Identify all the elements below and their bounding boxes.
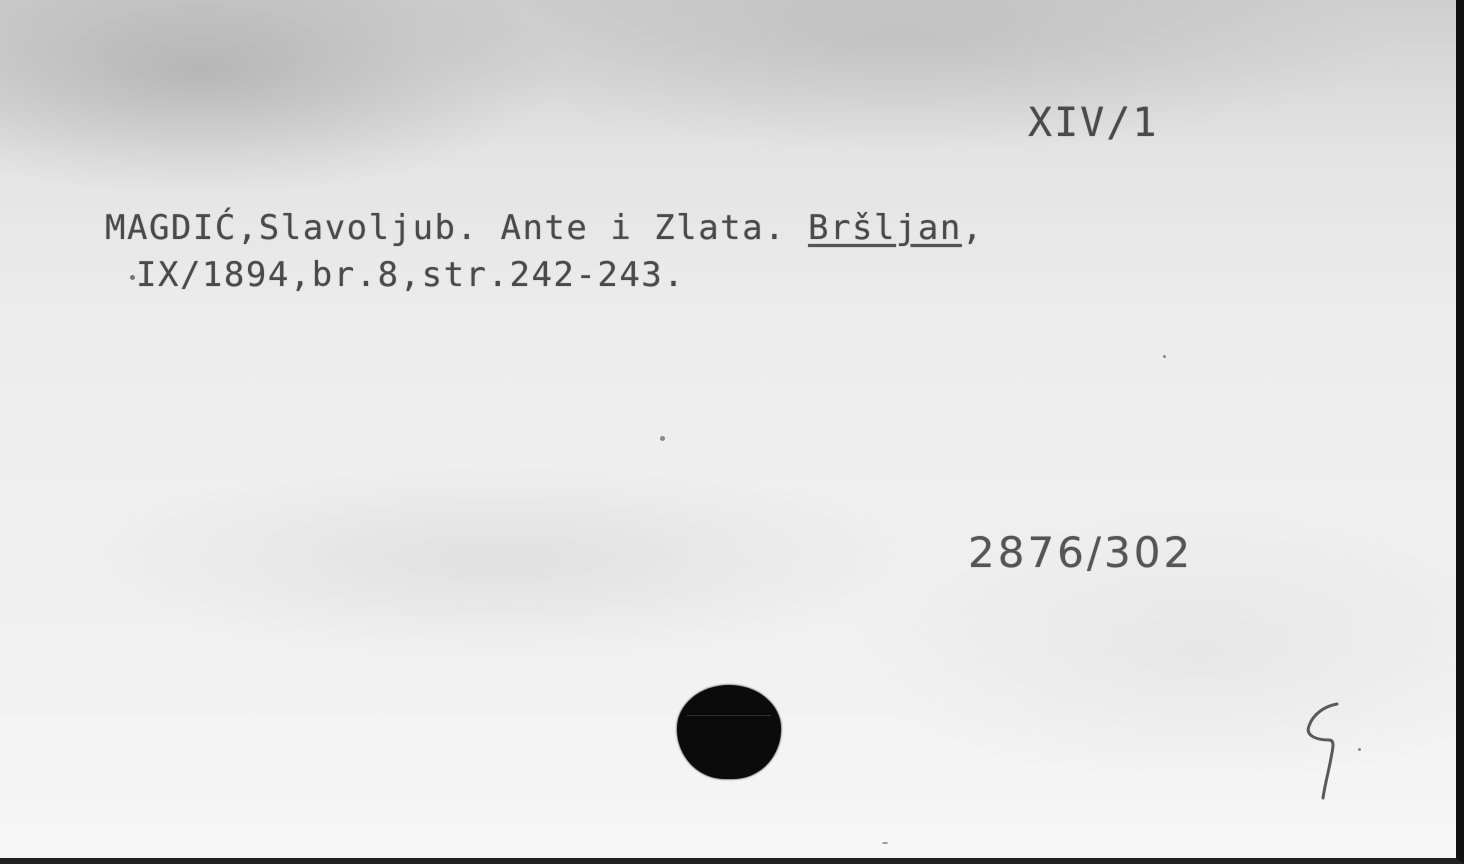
citation-comma: ,	[962, 208, 984, 248]
ink-speck	[1358, 748, 1361, 751]
punch-hole-icon	[677, 685, 781, 779]
ink-speck	[882, 842, 888, 844]
citation-line-1: MAGDIĆ,Slavoljub. Ante i Zlata. Bršljan,	[105, 208, 984, 248]
bullet-mark-icon	[130, 275, 135, 280]
ink-speck	[1163, 355, 1166, 358]
citation-author: MAGDIĆ,Slavoljub.	[105, 208, 479, 248]
handwritten-nine-icon	[1295, 700, 1345, 800]
ink-speck	[660, 436, 665, 441]
citation-line-2: IX/1894,br.8,str.242-243.	[136, 255, 685, 295]
catalog-card: XIV/1 MAGDIĆ,Slavoljub. Ante i Zlata. Br…	[0, 0, 1464, 864]
classification-code: XIV/1	[1028, 100, 1158, 146]
citation-publication: Bršljan	[808, 208, 962, 248]
catalog-number: 2876/302	[968, 528, 1193, 577]
citation-title: Ante i Zlata.	[479, 208, 809, 248]
